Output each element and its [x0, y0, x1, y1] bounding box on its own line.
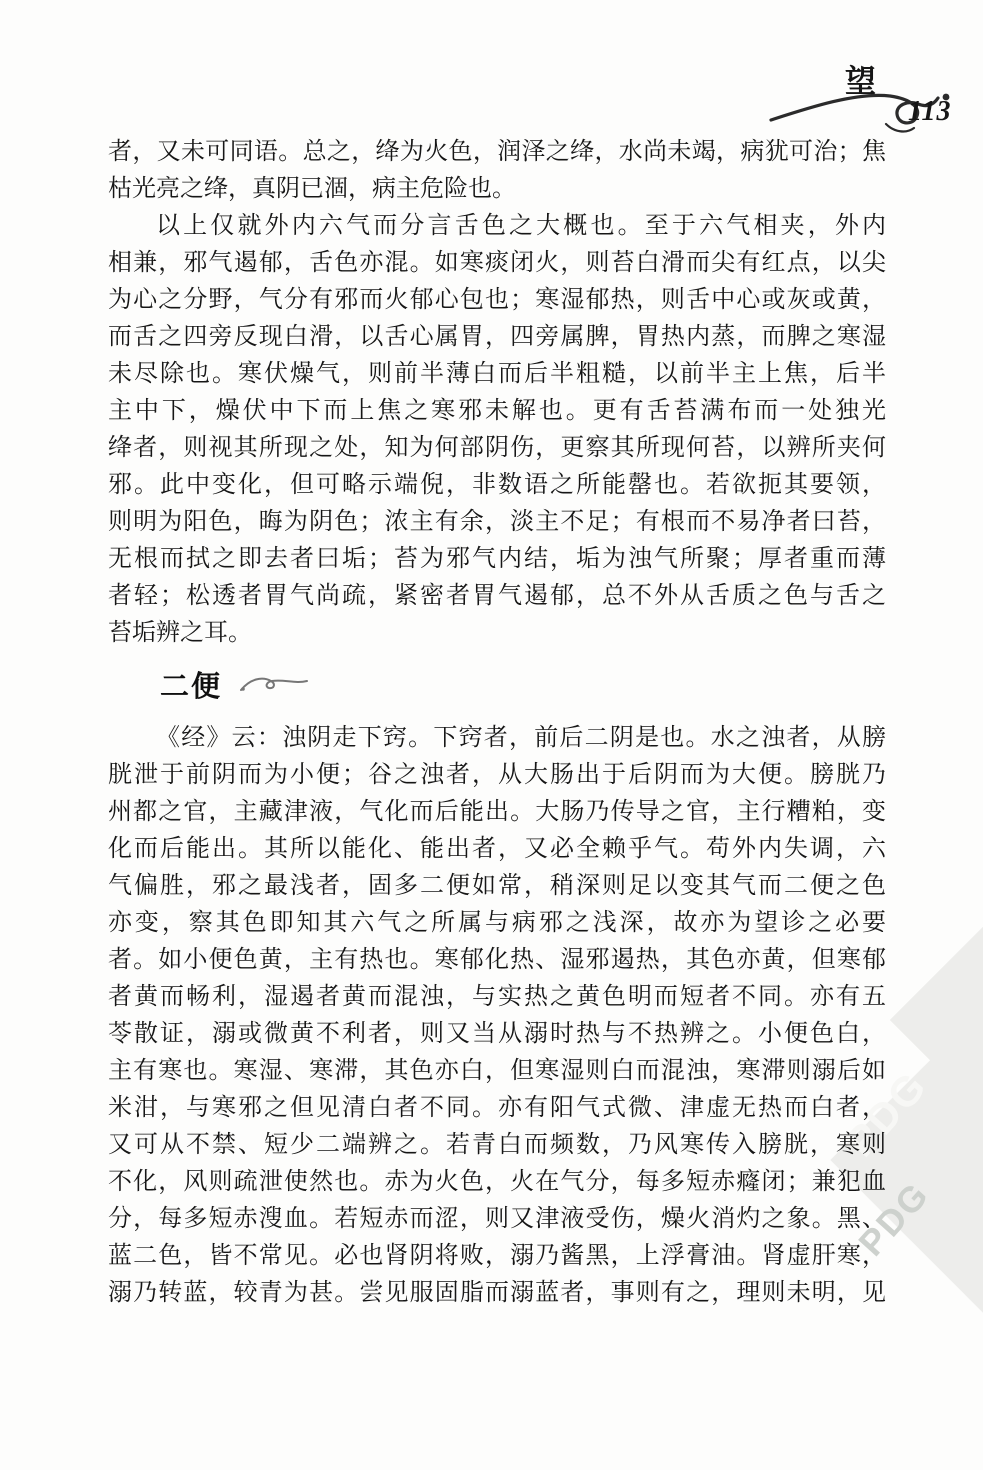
section-heading: 二便 — [160, 664, 222, 705]
text-line: 《经》云：浊阴走下窍。下窍者，前后二阴是也。水之浊者，从膀 — [108, 720, 886, 757]
text-line: 气偏胜，邪之最浅者，固多二便如常，稍深则足以变其气而二便之色 — [108, 868, 886, 905]
text-line: 胱泄于前阴而为小便；谷之浊者，从大肠出于后阴而为大便。膀胱乃 — [108, 757, 886, 794]
text-line: 亦变，察其色即知其六气之所属与病邪之浅深，故亦为望诊之必要 — [108, 905, 886, 942]
text-line: 米泔，与寒邪之但见清白者不同。亦有阳气式微、津虚无热而白者， — [108, 1090, 886, 1127]
text-line: 州都之官，主藏津液，气化而后能出。大肠乃传导之官，主行糟粕，变 — [108, 794, 886, 831]
text-line: 相兼，邪气遏郁，舌色亦混。如寒痰闭火，则苔白滑而尖有红点，以尖 — [108, 245, 886, 282]
text-line: 溺乃转蓝，较青为甚。尝见服固脂而溺蓝者，事则有之，理则未明，见 — [108, 1275, 886, 1312]
heading-flourish-icon — [238, 672, 310, 696]
text-line: 邪。此中变化，但可略示端倪，非数语之所能罄也。若欲扼其要领， — [108, 467, 886, 504]
page-number: 113 — [908, 96, 951, 128]
text-line: 主中下，燥伏中下而上焦之寒邪未解也。更有舌苔满布而一处独光 — [108, 393, 886, 430]
text-line: 为心之分野，气分有邪而火郁心包也；寒湿郁热，则舌中心或灰或黄， — [108, 282, 886, 319]
book-page: PDG PDG 望 113 者，又未可同语。总之，绛为火色，润泽之绛，水尚未竭，… — [0, 0, 983, 1470]
paragraph-tongue-summary: 以上仅就外内六气而分言舌色之大概也。至于六气相夹，外内 相兼，邪气遏郁，舌色亦混… — [108, 208, 886, 652]
text-line: 者。如小便色黄，主有热也。寒郁化热、湿邪遏热，其色亦黄，但寒郁 — [108, 942, 886, 979]
text-line: 苓散证，溺或微黄不利者，则又当从溺时热与不热辨之。小便色白， — [108, 1016, 886, 1053]
text-line: 以上仅就外内六气而分言舌色之大概也。至于六气相夹，外内 — [108, 208, 886, 245]
text-line: 而舌之四旁反现白滑，以舌心属胃，四旁属脾，胃热内蒸，而脾之寒湿 — [108, 319, 886, 356]
text-line: 枯光亮之绛，真阴已涸，病主危险也。 — [108, 171, 886, 208]
text-line: 蓝二色，皆不常见。必也肾阴将败，溺乃酱黑，上浮膏油。肾虚肝寒， — [108, 1238, 886, 1275]
text-line: 未尽除也。寒伏燥气，则前半薄白而后半粗糙，以前半主上焦，后半 — [108, 356, 886, 393]
section-heading-row: 二便 — [160, 667, 886, 701]
text-line: 绛者，则视其所现之处，知为何部阴伤，更察其所现何苔，以辨所夹何 — [108, 430, 886, 467]
text-line: 无根而拭之即去者曰垢；苔为邪气内结，垢为浊气所聚；厚者重而薄 — [108, 541, 886, 578]
text-line: 又可从不禁、短少二端辨之。若青白而频数，乃风寒传入膀胱，寒则 — [108, 1127, 886, 1164]
watermark-shape — [890, 900, 983, 1140]
text-line: 则明为阳色，晦为阴色；浓主有余，淡主不足；有根而不易净者曰苔， — [108, 504, 886, 541]
page-body: 者，又未可同语。总之，绛为火色，润泽之绛，水尚未竭，病犹可治；焦 枯光亮之绛，真… — [108, 134, 886, 1312]
text-line: 不化，风则疏泄使然也。赤为火色，火在气分，每多短赤癃闭；兼犯血 — [108, 1164, 886, 1201]
text-line: 者轻；松透者胃气尚疏，紧密者胃气遏郁，总不外从舌质之色与舌之 — [108, 578, 886, 615]
text-line: 者黄而畅利，湿遏者黄而混浊，与实热之黄色明而短者不同。亦有五 — [108, 979, 886, 1016]
paragraph-two-excretions: 《经》云：浊阴走下窍。下窍者，前后二阴是也。水之浊者，从膀 胱泄于前阴而为小便；… — [108, 720, 886, 1312]
paragraph-tongue-color-end: 者，又未可同语。总之，绛为火色，润泽之绛，水尚未竭，病犹可治；焦 枯光亮之绛，真… — [108, 134, 886, 208]
text-line: 主有寒也。寒湿、寒滞，其色亦白，但寒湿则白而混浊，寒滞则溺后如 — [108, 1053, 886, 1090]
text-line: 苔垢辨之耳。 — [108, 615, 886, 652]
text-line: 者，又未可同语。总之，绛为火色，润泽之绛，水尚未竭，病犹可治；焦 — [108, 134, 886, 171]
text-line: 分，每多短赤溲血。若短赤而涩，则又津液受伤，燥火消灼之象。黑、 — [108, 1201, 886, 1238]
text-line: 化而后能出。其所以能化、能出者，又必全赖乎气。苟外内失调，六 — [108, 831, 886, 868]
